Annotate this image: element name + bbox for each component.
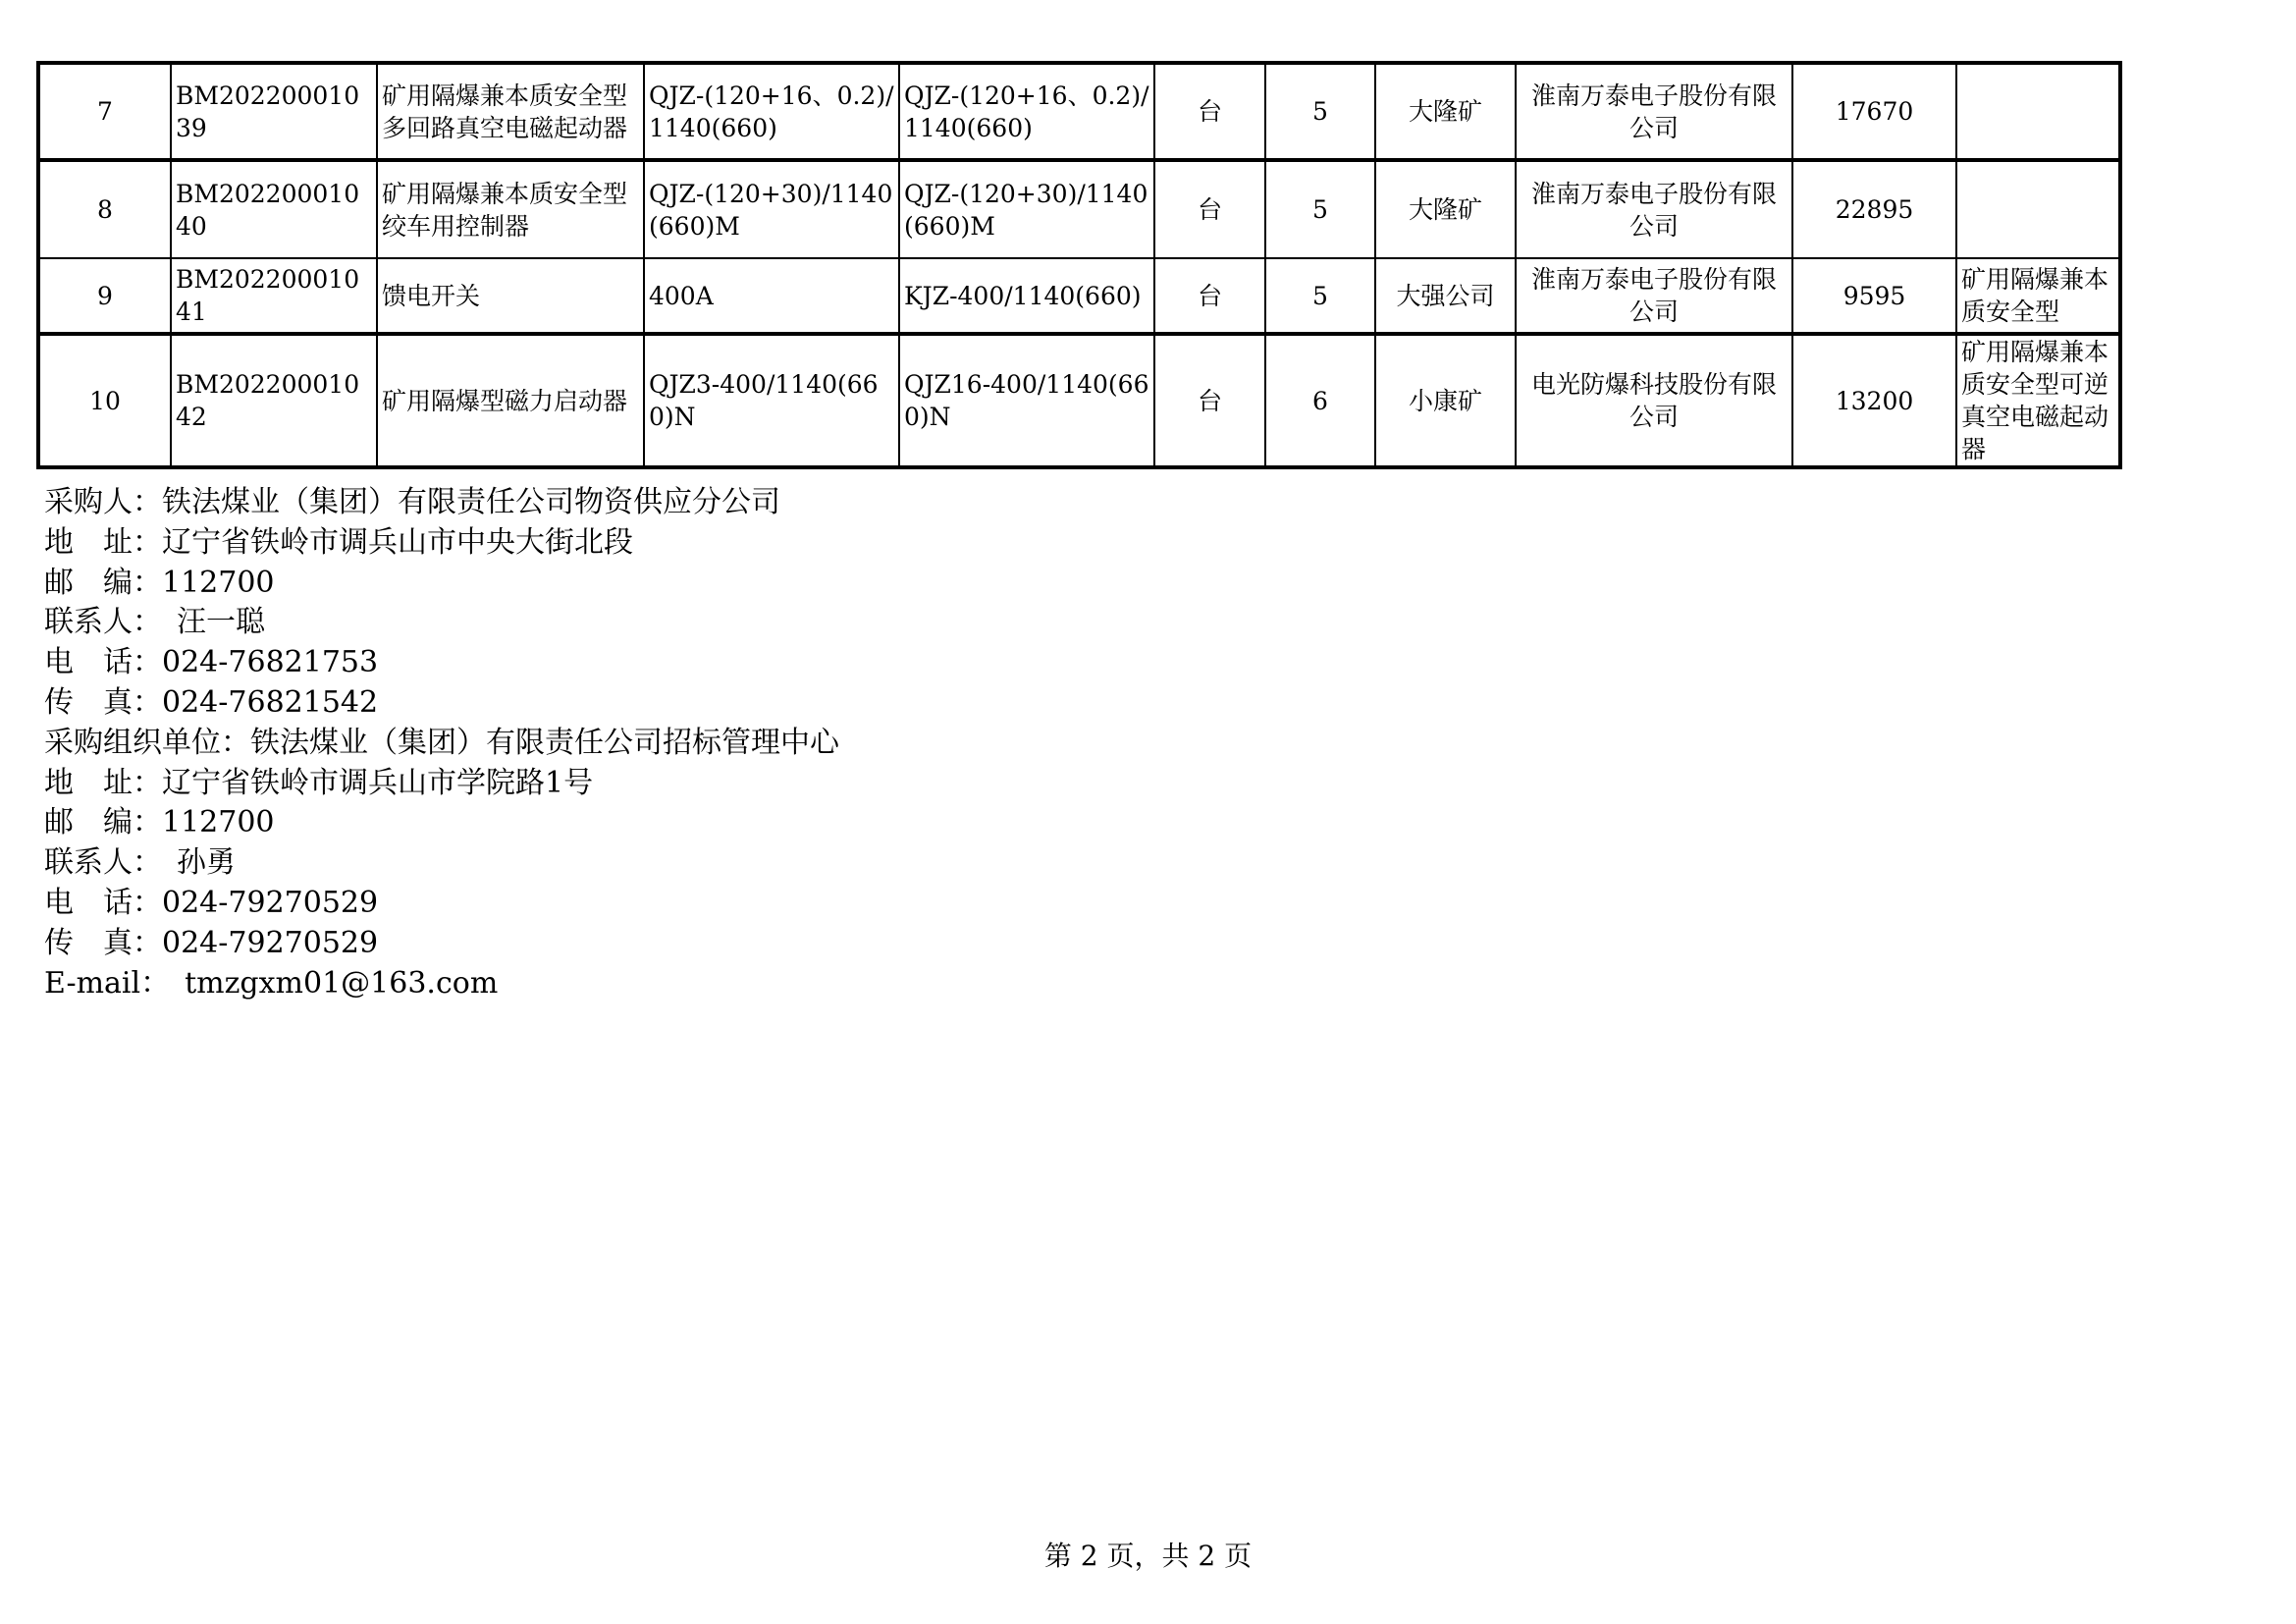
material-name: 矿用隔爆兼本质安全型绞车用控制器 [377, 160, 644, 258]
unit: 台 [1154, 63, 1265, 160]
row-number: 10 [38, 334, 171, 467]
purchaser-postcode: 邮 编：112700 [44, 564, 839, 604]
material-name: 矿用隔爆型磁力启动器 [377, 334, 644, 467]
user-unit: 小康矿 [1375, 334, 1516, 467]
spec-requested: 400A [644, 258, 899, 334]
amount: 17670 [1792, 63, 1956, 160]
table-row: 8 BM20220001040 矿用隔爆兼本质安全型绞车用控制器 QJZ-(12… [38, 160, 2120, 258]
material-code: BM20220001039 [171, 63, 377, 160]
user-unit: 大隆矿 [1375, 160, 1516, 258]
agency-email: E-mail： tmzgxm01@163.com [44, 964, 839, 1004]
table-row: 9 BM20220001041 馈电开关 400A KJZ-400/1140(6… [38, 258, 2120, 334]
purchaser-address: 地 址：辽宁省铁岭市调兵山市中央大街北段 [44, 523, 839, 564]
spec-offered: KJZ-400/1140(660) [899, 258, 1154, 334]
material-name: 馈电开关 [377, 258, 644, 334]
supplier: 电光防爆科技股份有限公司 [1516, 334, 1792, 467]
material-code: BM20220001040 [171, 160, 377, 258]
row-number: 9 [38, 258, 171, 334]
spec-offered: QJZ-(120+30)/1140(660)M [899, 160, 1154, 258]
material-name: 矿用隔爆兼本质安全型多回路真空电磁起动器 [377, 63, 644, 160]
remark: 矿用隔爆兼本质安全型可逆真空电磁起动器 [1956, 334, 2120, 467]
quantity: 5 [1265, 63, 1375, 160]
agency-contact: 联系人： 孙勇 [44, 843, 839, 884]
supplier: 淮南万泰电子股份有限公司 [1516, 63, 1792, 160]
amount: 22895 [1792, 160, 1956, 258]
table-row: 10 BM20220001042 矿用隔爆型磁力启动器 QJZ3-400/114… [38, 334, 2120, 467]
purchaser-name: 采购人：铁法煤业（集团）有限责任公司物资供应分公司 [44, 483, 839, 523]
agency-address: 地 址：辽宁省铁岭市调兵山市学院路1号 [44, 764, 839, 804]
table-row: 7 BM20220001039 矿用隔爆兼本质安全型多回路真空电磁起动器 QJZ… [38, 63, 2120, 160]
supplier: 淮南万泰电子股份有限公司 [1516, 258, 1792, 334]
row-number: 8 [38, 160, 171, 258]
agency-phone: 电 话：024-79270529 [44, 884, 839, 924]
purchaser-fax: 传 真：024-76821542 [44, 683, 839, 724]
items-table: 7 BM20220001039 矿用隔爆兼本质安全型多回路真空电磁起动器 QJZ… [36, 61, 2122, 469]
user-unit: 大隆矿 [1375, 63, 1516, 160]
contact-block: 采购人：铁法煤业（集团）有限责任公司物资供应分公司 地 址：辽宁省铁岭市调兵山市… [44, 483, 839, 1003]
document-page: 7 BM20220001039 矿用隔爆兼本质安全型多回路真空电磁起动器 QJZ… [0, 0, 2296, 1624]
spec-offered: QJZ-(120+16、0.2)/1140(660) [899, 63, 1154, 160]
unit: 台 [1154, 258, 1265, 334]
remark [1956, 160, 2120, 258]
spec-offered: QJZ16-400/1140(660)N [899, 334, 1154, 467]
agency-name: 采购组织单位：铁法煤业（集团）有限责任公司招标管理中心 [44, 724, 839, 764]
material-code: BM20220001041 [171, 258, 377, 334]
purchaser-contact: 联系人： 汪一聪 [44, 603, 839, 643]
quantity: 5 [1265, 160, 1375, 258]
amount: 9595 [1792, 258, 1956, 334]
supplier: 淮南万泰电子股份有限公司 [1516, 160, 1792, 258]
spec-requested: QJZ-(120+16、0.2)/1140(660) [644, 63, 899, 160]
remark: 矿用隔爆兼本质安全型 [1956, 258, 2120, 334]
quantity: 5 [1265, 258, 1375, 334]
unit: 台 [1154, 334, 1265, 467]
agency-fax: 传 真：024-79270529 [44, 924, 839, 964]
row-number: 7 [38, 63, 171, 160]
user-unit: 大强公司 [1375, 258, 1516, 334]
quantity: 6 [1265, 334, 1375, 467]
agency-postcode: 邮 编：112700 [44, 803, 839, 843]
purchaser-phone: 电 话：024-76821753 [44, 643, 839, 683]
material-code: BM20220001042 [171, 334, 377, 467]
amount: 13200 [1792, 334, 1956, 467]
unit: 台 [1154, 160, 1265, 258]
spec-requested: QJZ3-400/1140(660)N [644, 334, 899, 467]
remark [1956, 63, 2120, 160]
page-indicator: 第 2 页，共 2 页 [0, 1535, 2296, 1574]
spec-requested: QJZ-(120+30)/1140(660)M [644, 160, 899, 258]
